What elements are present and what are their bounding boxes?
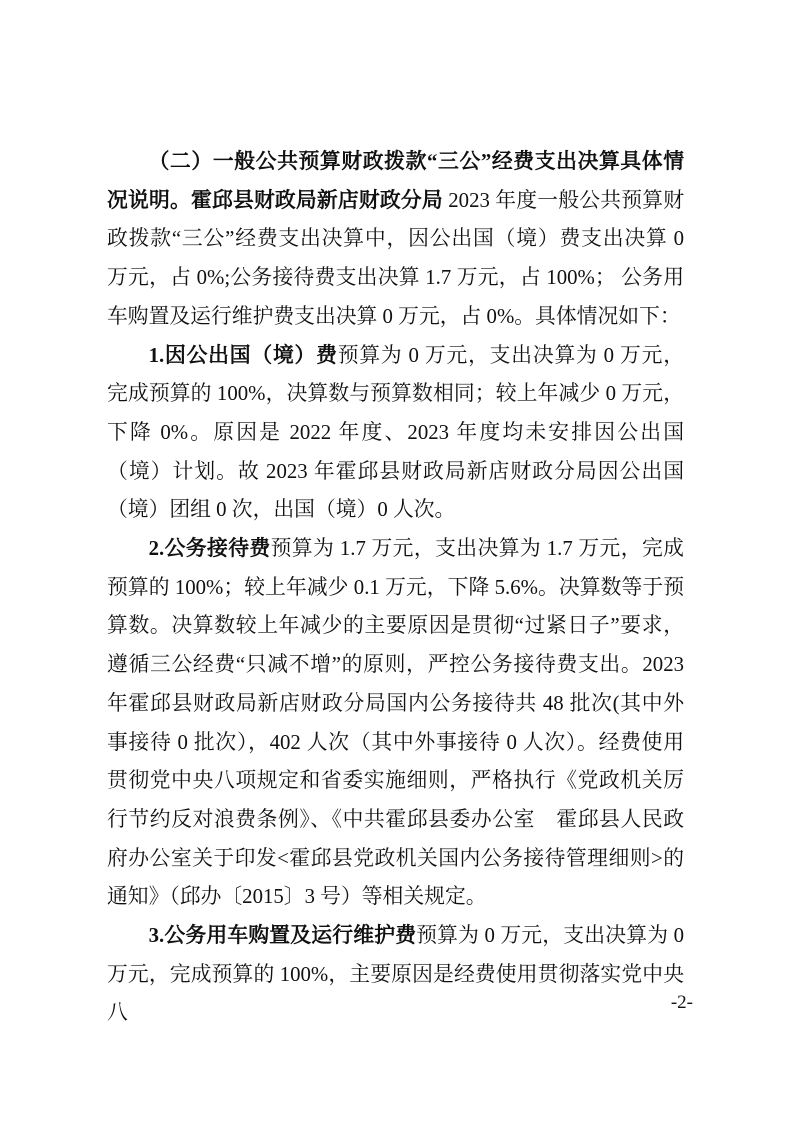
paragraph-three-public-overview: （二）一般公共预算财政拨款“三公”经费支出决算具体情况说明。霍邱县财政局新店财政… bbox=[107, 143, 684, 337]
paragraph-lead-bold: 2.公务接待费 bbox=[149, 537, 271, 560]
paragraph-body-text: 预算为 0 万元，支出决算为 0 万元，完成预算的 100%，决算数与预算数相同… bbox=[107, 344, 684, 522]
paragraph-reception-fee: 2.公务接待费预算为 1.7 万元，支出决算为 1.7 万元，完成预算的 100… bbox=[107, 530, 684, 917]
paragraph-vehicle-fee: 3.公务用车购置及运行维护费预算为 0 万元，支出决算为 0 万元，完成预算的 … bbox=[107, 917, 684, 1033]
page-number: -2- bbox=[671, 992, 693, 1014]
paragraph-abroad-fee: 1.因公出国（境）费预算为 0 万元，支出决算为 0 万元，完成预算的 100%… bbox=[107, 337, 684, 531]
paragraph-lead-bold: 3.公务用车购置及运行维护费 bbox=[149, 924, 417, 947]
document-page: （二）一般公共预算财政拨款“三公”经费支出决算具体情况说明。霍邱县财政局新店财政… bbox=[0, 0, 793, 1122]
paragraph-lead-bold: 1.因公出国（境）费 bbox=[149, 344, 338, 367]
document-body: （二）一般公共预算财政拨款“三公”经费支出决算具体情况说明。霍邱县财政局新店财政… bbox=[107, 143, 684, 1033]
paragraph-body-text: 预算为 1.7 万元，支出决算为 1.7 万元，完成预算的 100%；较上年减少… bbox=[107, 537, 684, 908]
